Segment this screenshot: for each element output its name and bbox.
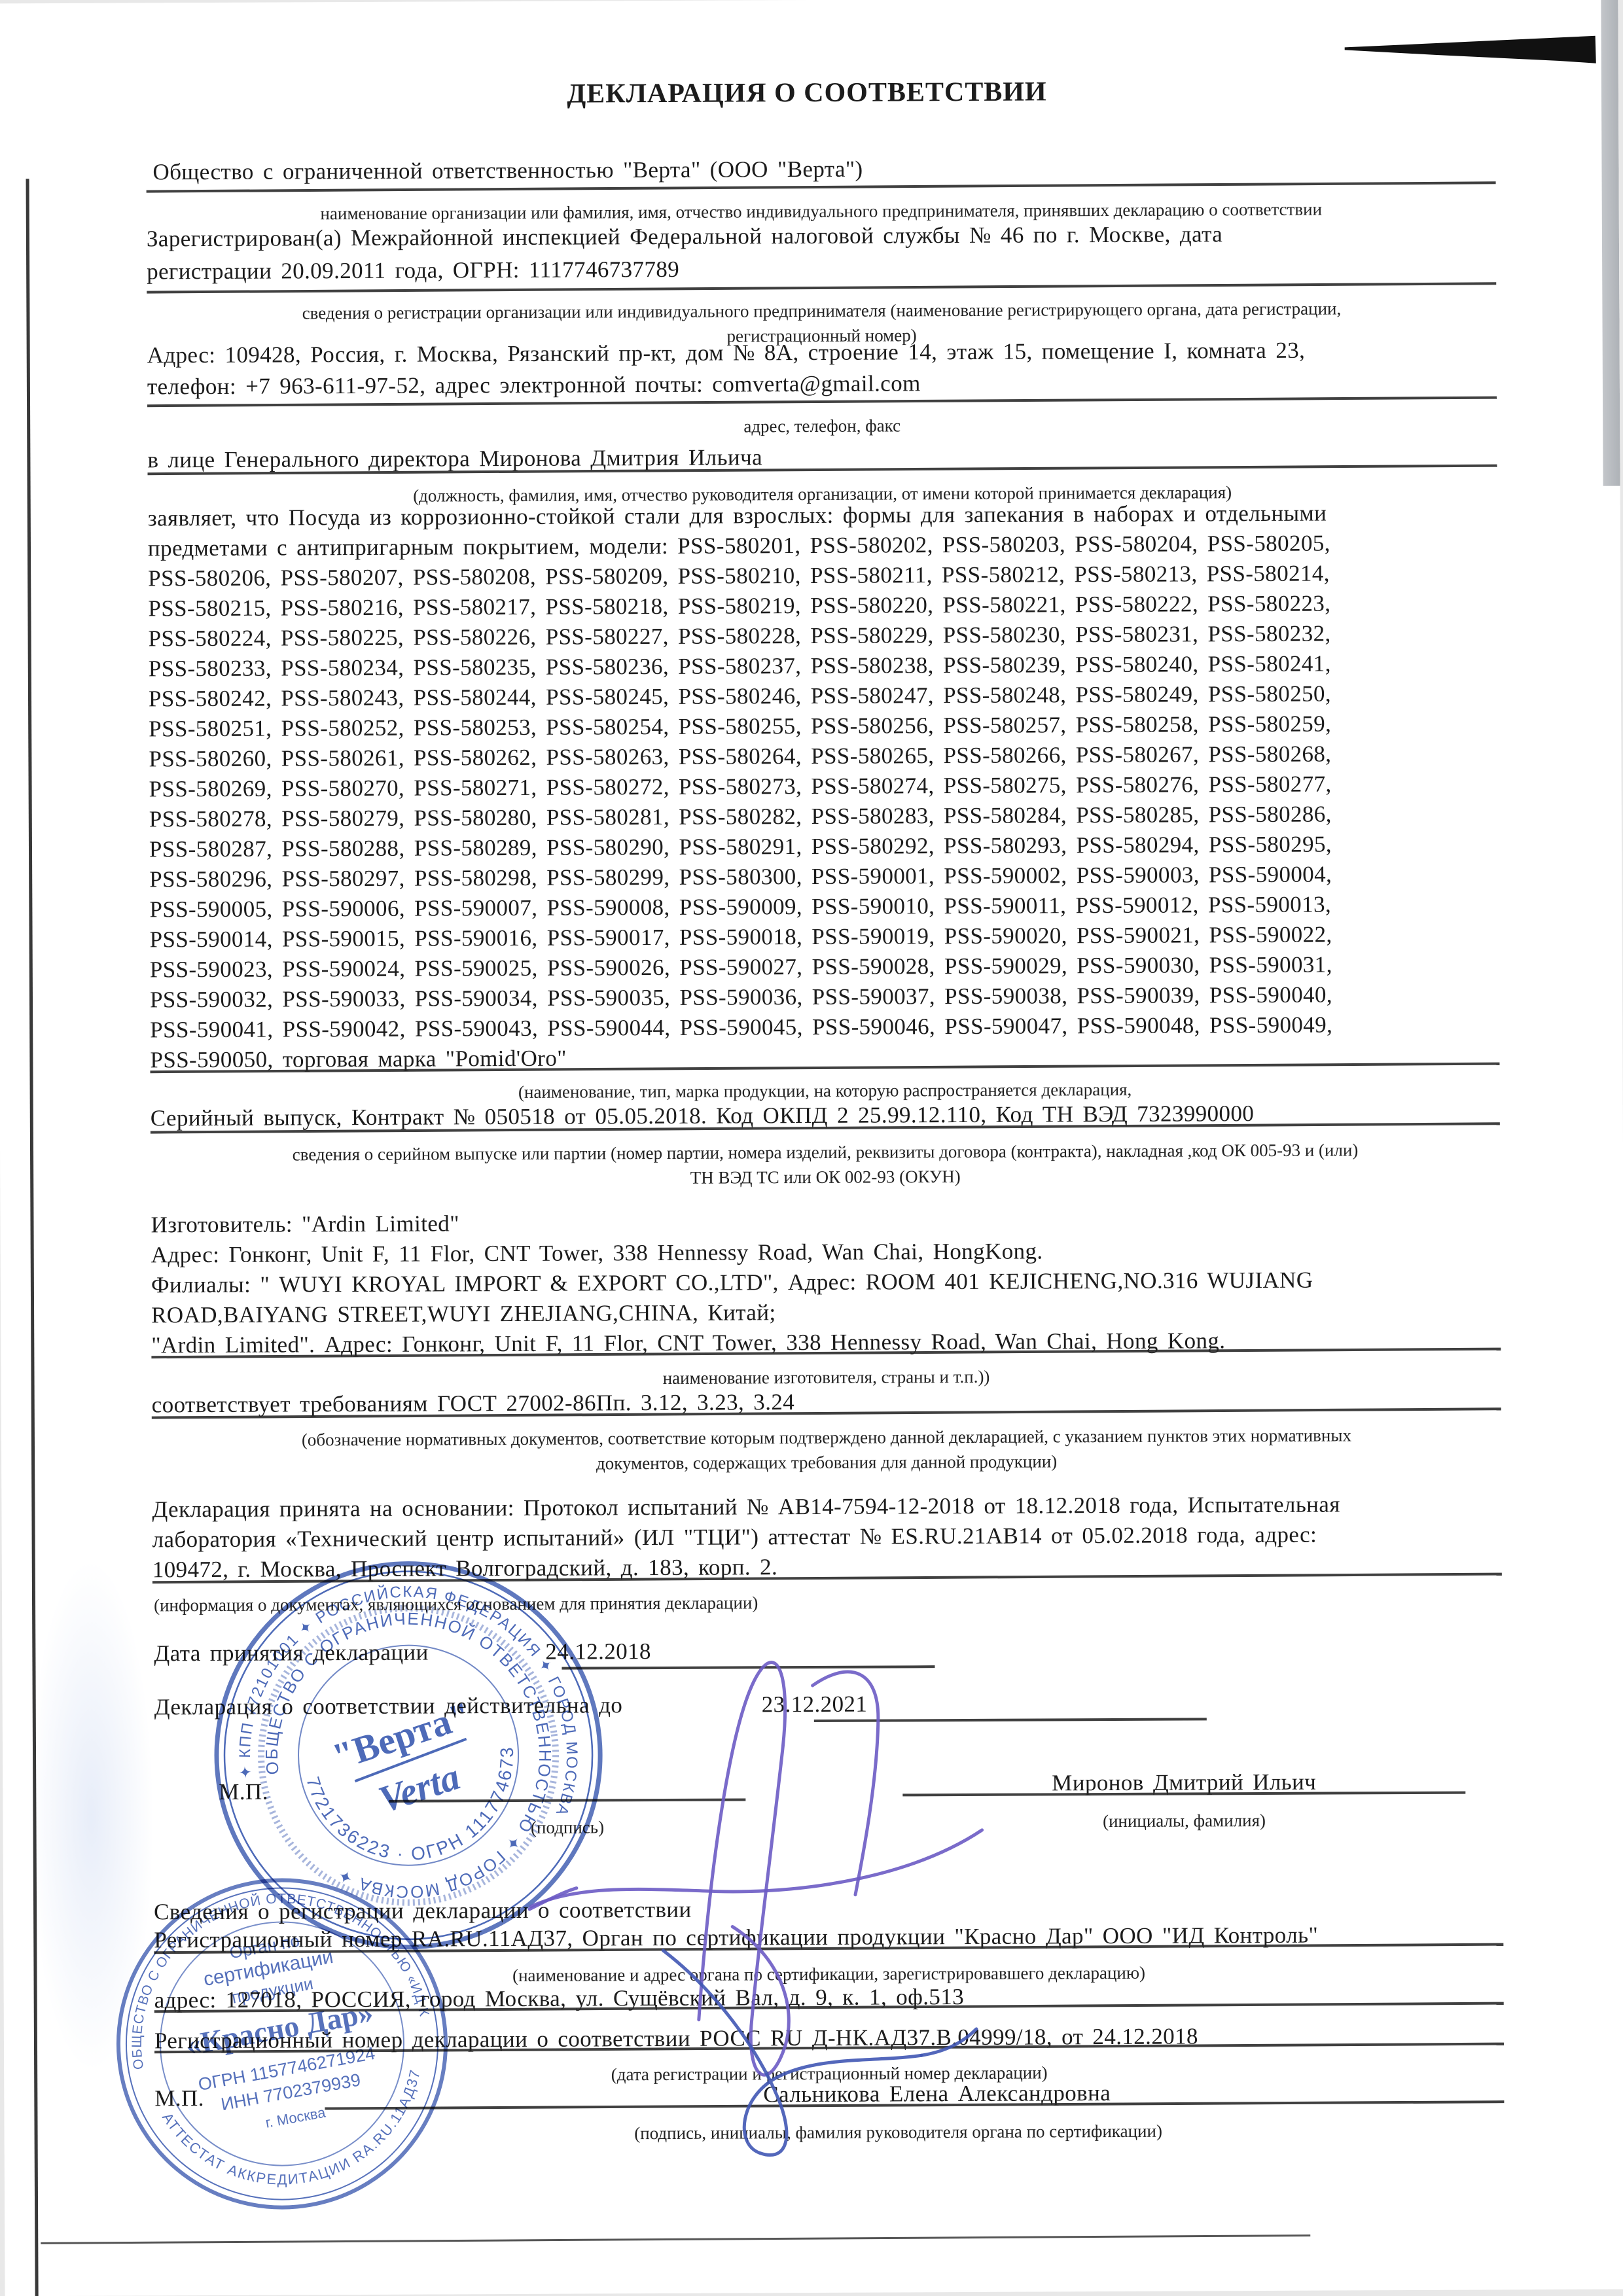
registration-mp-label: М.П. xyxy=(154,2083,204,2113)
registrar-caption: (подпись, инициалы, фамилия руководителя… xyxy=(293,2117,1505,2147)
manufacturer-block: Изготовитель: "Ardin Limited" Адрес: Гон… xyxy=(151,1205,1313,1361)
document-page: ДЕКЛАРАЦИЯ О СООТВЕТСТВИИ Общество с огр… xyxy=(0,0,1623,2296)
valid-until-label: Декларация о соответствии действительна … xyxy=(154,1690,623,1722)
serial-caption: сведения о серийном выпуске или партии (… xyxy=(151,1137,1500,1192)
product-declaration: заявляет, что Посуда из коррозионно-стой… xyxy=(148,499,1333,1076)
standards-caption: (обозначение нормативных документов, соо… xyxy=(152,1422,1501,1477)
valid-until-value: 23.12.2021 xyxy=(762,1689,868,1720)
basis-caption: (информация о документах, являющихся осн… xyxy=(154,1590,758,1617)
scan-ink-wash xyxy=(28,1560,154,2071)
head-caption: (инициалы, фамилия) xyxy=(902,1807,1465,1835)
adoption-date-value: 24.12.2018 xyxy=(545,1636,651,1667)
basis-text: Декларация принята на основании: Протоко… xyxy=(152,1489,1340,1585)
stamp-center-name-en: Verta xyxy=(374,1755,465,1821)
declarant-name: Общество с ограниченной ответственностью… xyxy=(152,154,863,188)
page-title: ДЕКЛАРАЦИЯ О СООТВЕТСТВИИ xyxy=(0,74,1618,113)
sign-caption: (подпись) xyxy=(389,1814,745,1840)
manufacturer-caption: наименование изготовителя, страны и т.п.… xyxy=(151,1362,1501,1392)
adoption-date-label: Дата принятия декларации xyxy=(154,1638,429,1669)
mp-label: М.П. xyxy=(219,1777,268,1807)
registration-heading: Сведения о регистрации декларации о соот… xyxy=(154,1895,692,1928)
declarant-address: Адрес: 109428, Россия, г. Москва, Рязанс… xyxy=(147,335,1306,403)
declarant-registration: Зарегистрирован(а) Межрайонной инспекцие… xyxy=(147,218,1223,288)
underline xyxy=(389,1798,745,1802)
scan-bottom-line xyxy=(41,2234,1310,2244)
declarant-address-caption: адрес, телефон, факс xyxy=(147,410,1497,441)
underline xyxy=(814,1718,1207,1722)
